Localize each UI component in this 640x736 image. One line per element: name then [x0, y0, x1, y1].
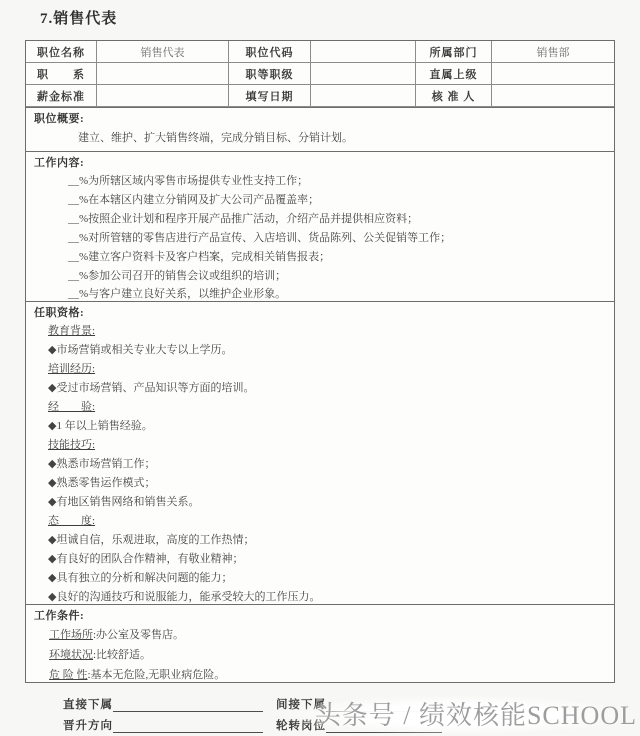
work-condition-item: 环境状况:比较舒适。 — [34, 645, 604, 665]
work-condition-item: 工作场所:办公室及零售店。 — [34, 625, 604, 645]
position-code-value — [311, 41, 416, 63]
qualification-subheader: 技能技巧: — [34, 436, 604, 455]
qualification-subheader: 态 度: — [34, 512, 604, 531]
qualification-bullet: ◆1 年以上销售经验。 — [34, 417, 604, 436]
job-description-table: 职位名称 销售代表 职位代码 所属部门 销售部 职 系 职等职级 直属上级 薪金… — [25, 40, 615, 683]
summary-section-label: 职位概要: — [34, 111, 604, 128]
work-content-section: 工作内容: __%为所辖区域内零售市场提供专业性支持工作； __%在本辖区内建立… — [26, 151, 614, 301]
work-content-item: __%参加公司召开的销售会议或组织的培训； — [34, 267, 604, 286]
qualification-subheader: 培训经历: — [34, 360, 604, 379]
qualification-bullet: ◆有地区销售网络和销售关系。 — [34, 493, 604, 512]
promotion-direction-field: 晋升方向 — [63, 719, 276, 733]
work-content-section-label: 工作内容: — [34, 155, 604, 172]
work-condition-text: :比较舒适。 — [93, 649, 151, 661]
work-conditions-section: 工作条件: 工作场所:办公室及零售店。 环境状况:比较舒适。 危 险 性:基本无… — [26, 604, 614, 682]
qualification-bullet: ◆良好的沟通技巧和说服能力，能承受较大的工作压力。 — [34, 588, 604, 604]
fill-date-value — [311, 85, 416, 107]
fill-in-line — [113, 720, 263, 733]
qualifications-section-label: 任职资格: — [34, 305, 604, 322]
summary-section: 职位概要: 建立、维护、扩大销售终端，完成分销目标、分销计划。 — [26, 107, 614, 151]
direct-subordinates-field: 直接下属 — [63, 698, 276, 712]
job-family-value — [97, 63, 229, 85]
qualification-subheader-text: 培训经历: — [48, 363, 95, 375]
direct-superior-label: 直属上级 — [416, 63, 492, 85]
work-content-item: __%对所管辖的零售店进行产品宣传、入店培训、货品陈列、公关促销等工作； — [34, 229, 604, 248]
qualification-subheader-text: 教育背景: — [48, 325, 95, 337]
approver-value — [492, 85, 614, 107]
salary-standard-label: 薪金标准 — [26, 85, 97, 107]
document-page: { "page_title": "7.销售代表", "header_table"… — [0, 0, 640, 736]
work-content-item: __%按照企业计划和程序开展产品推广活动，介绍产品并提供相应资料； — [34, 210, 604, 229]
direct-subordinates-label: 直接下属 — [63, 698, 113, 712]
direct-superior-value — [492, 63, 614, 85]
qualification-subheader: 教育背景: — [34, 322, 604, 341]
job-family-label: 职 系 — [26, 63, 97, 85]
position-name-value: 销售代表 — [97, 41, 229, 63]
department-value: 销售部 — [492, 41, 614, 63]
qualifications-section: 任职资格: 教育背景: ◆市场营销或相关专业大专以上学历。 培训经历: ◆受过市… — [26, 301, 614, 604]
work-condition-text: :办公室及零售店。 — [93, 629, 184, 641]
qualification-bullet: ◆受过市场营销、产品知识等方面的培训。 — [34, 379, 604, 398]
qualification-bullet: ◆市场营销或相关专业大专以上学历。 — [34, 341, 604, 360]
work-content-item: __%与客户建立良好关系，以维护企业形象。 — [34, 285, 604, 301]
job-grade-value — [311, 63, 416, 85]
work-condition-text: :基本无危险,无职业病危险。 — [88, 669, 226, 681]
work-conditions-section-label: 工作条件: — [34, 608, 604, 625]
fill-date-label: 填写日期 — [229, 85, 311, 107]
department-label: 所属部门 — [416, 41, 492, 63]
fill-in-line — [113, 699, 263, 712]
header-info-grid: 职位名称 销售代表 职位代码 所属部门 销售部 职 系 职等职级 直属上级 薪金… — [26, 41, 614, 107]
work-condition-term: 危 险 性 — [49, 669, 88, 681]
watermark-text: 头条号 / 绩效核能SCHOOL — [279, 695, 639, 735]
position-name-label: 职位名称 — [26, 41, 97, 63]
salary-standard-value — [97, 85, 229, 107]
work-condition-item: 危 险 性:基本无危险,无职业病危险。 — [34, 665, 604, 682]
work-content-item: __%在本辖区内建立分销网及扩大公司产品覆盖率； — [34, 191, 604, 210]
promotion-direction-label: 晋升方向 — [63, 719, 113, 733]
qualification-subheader-text: 态 度: — [48, 515, 95, 527]
summary-text: 建立、维护、扩大销售终端，完成分销目标、分销计划。 — [34, 128, 604, 149]
qualification-subheader-text: 技能技巧: — [48, 439, 95, 451]
qualification-bullet: ◆熟悉零售运作模式； — [34, 474, 604, 493]
job-grade-label: 职等职级 — [229, 63, 311, 85]
qualification-subheader: 经 验: — [34, 398, 604, 417]
page-title: 7.销售代表 — [40, 7, 117, 28]
work-content-item: __%建立客户资料卡及客户档案，完成相关销售报表； — [34, 248, 604, 267]
qualification-bullet: ◆具有独立的分析和解决问题的能力； — [34, 569, 604, 588]
qualification-bullet: ◆有良好的团队合作精神，有敬业精神； — [34, 550, 604, 569]
qualification-subheader-text: 经 验: — [48, 401, 95, 413]
work-content-item: __%为所辖区域内零售市场提供专业性支持工作； — [34, 172, 604, 191]
qualification-bullet: ◆熟悉市场营销工作； — [34, 455, 604, 474]
qualification-bullet: ◆坦诚自信，乐观进取，高度的工作热情； — [34, 531, 604, 550]
work-condition-term: 工作场所 — [49, 629, 93, 641]
approver-label: 核 准 人 — [416, 85, 492, 107]
work-condition-term: 环境状况 — [49, 649, 93, 661]
position-code-label: 职位代码 — [229, 41, 311, 63]
